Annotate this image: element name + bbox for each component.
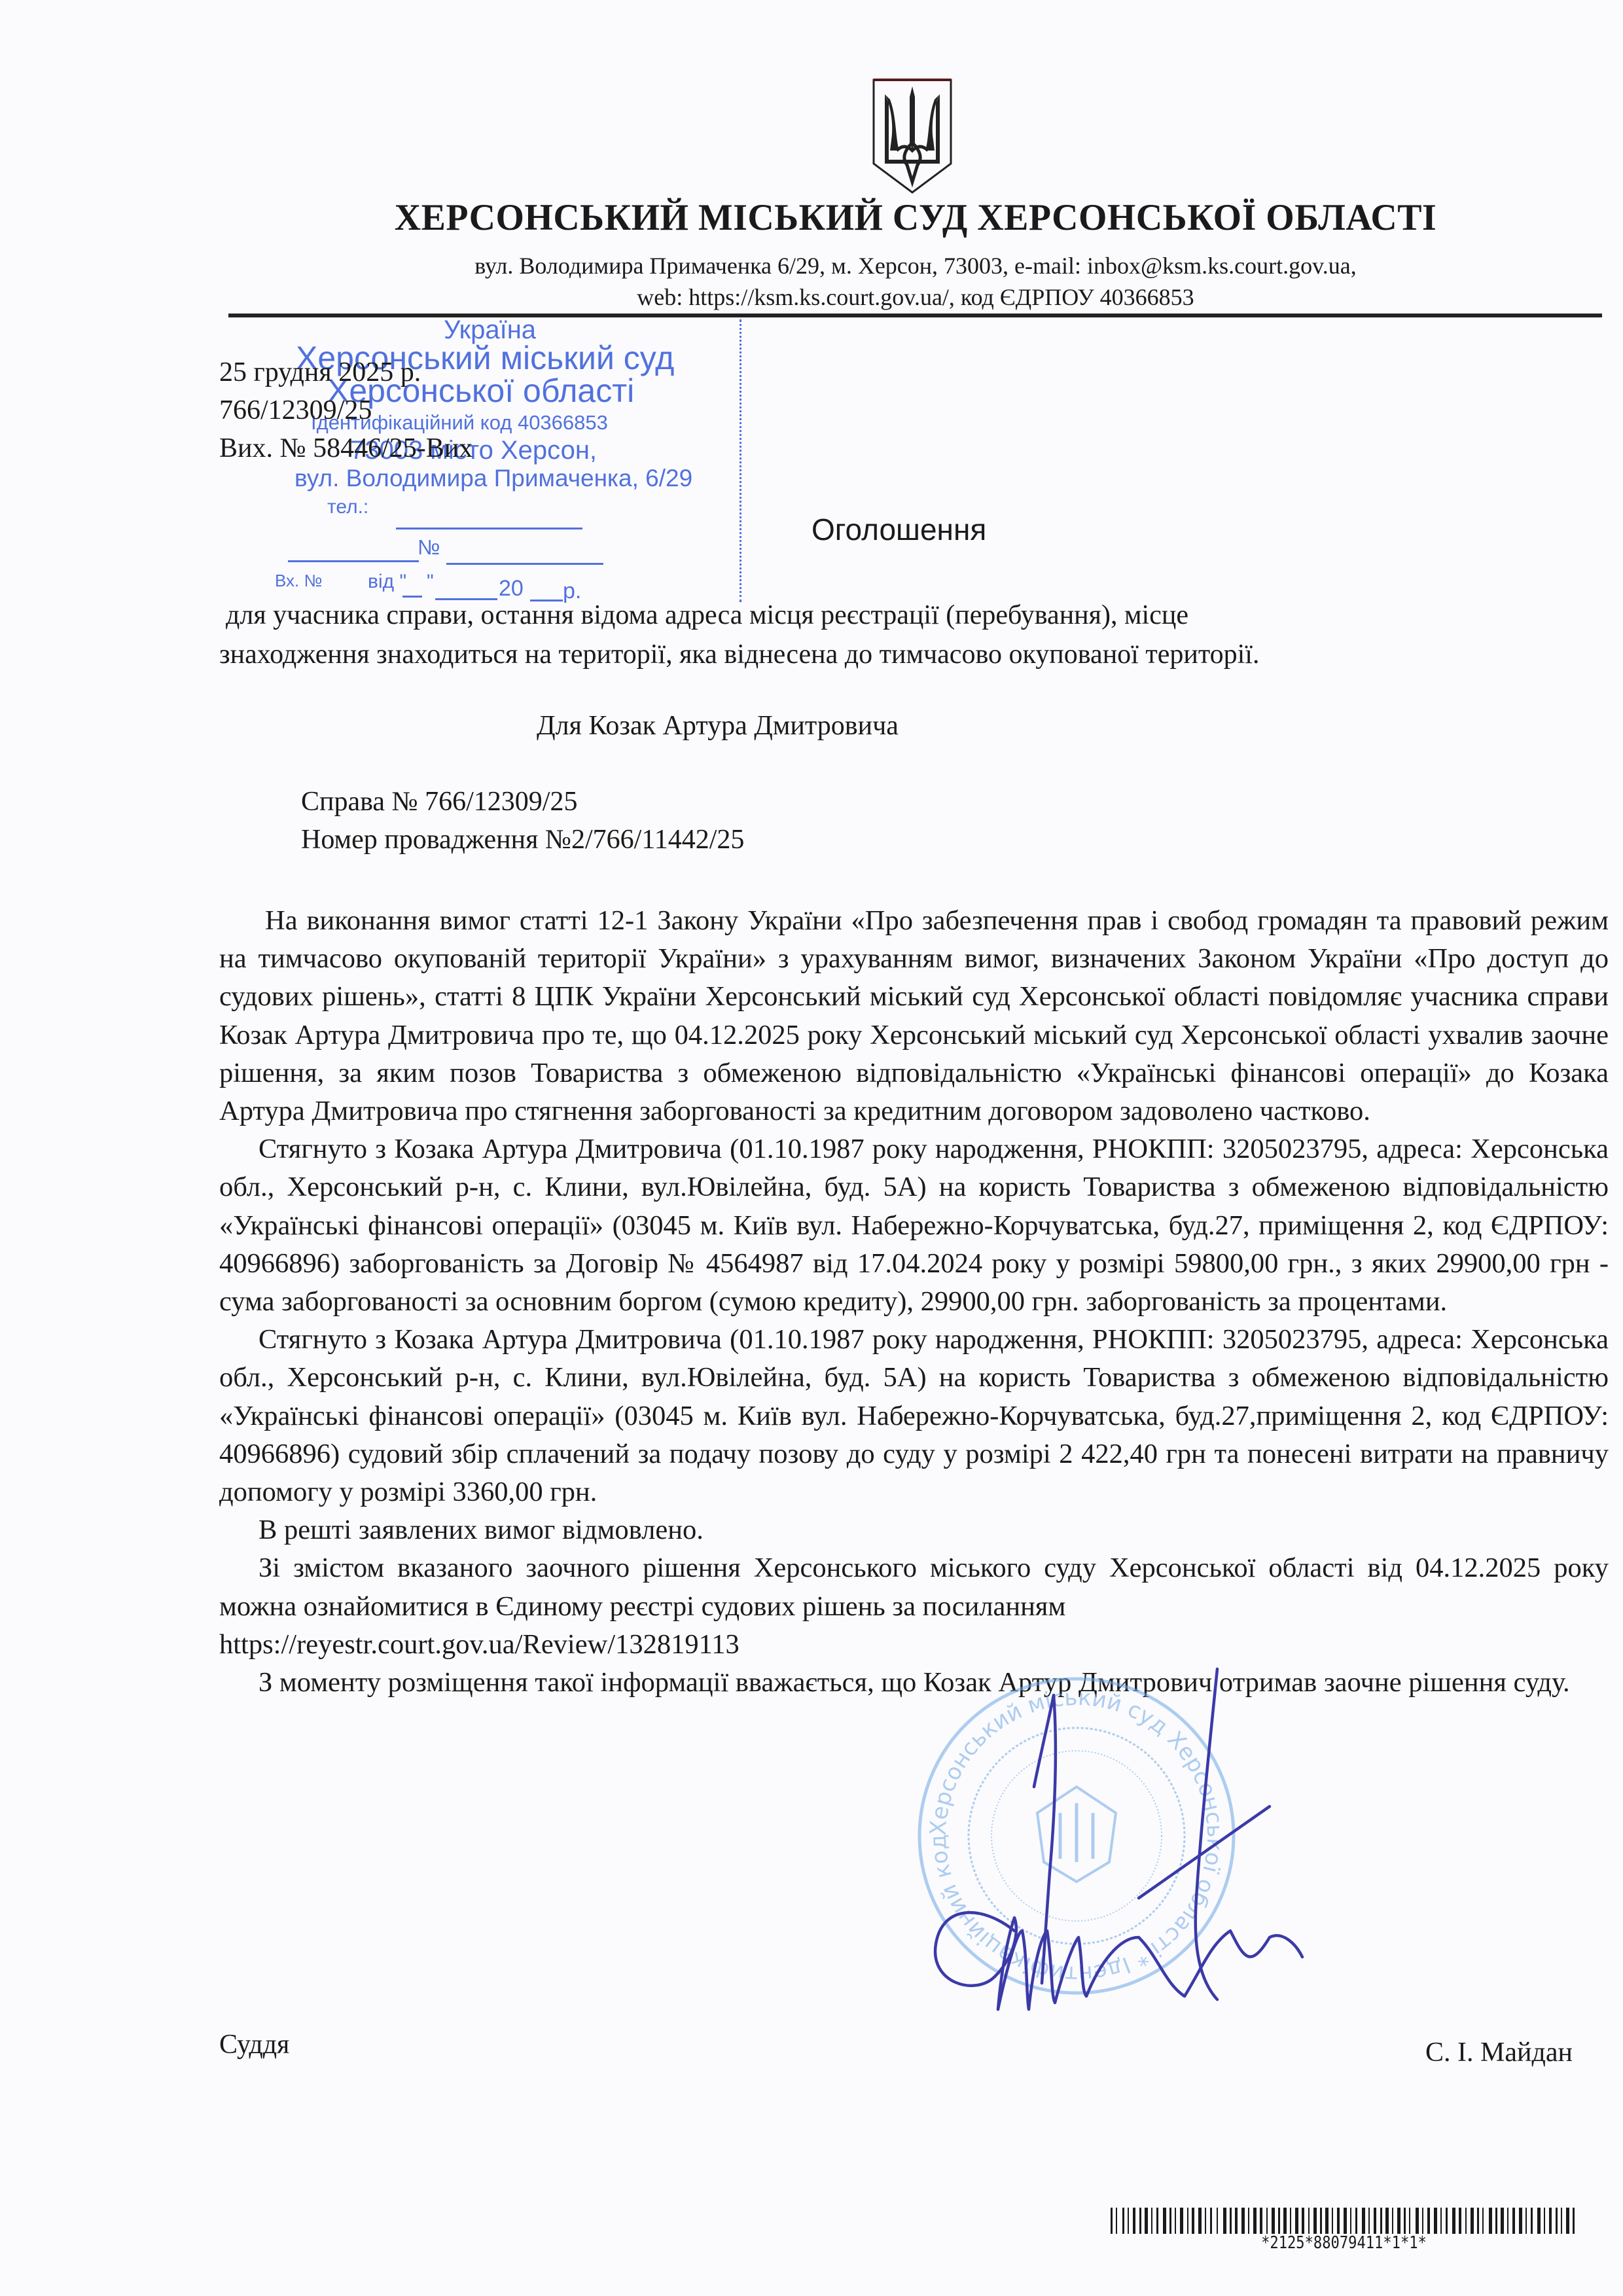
stamp-tel-blank [396, 528, 582, 529]
case-info: Справа № 766/12309/25 Номер провадження … [301, 783, 744, 859]
paragraph-registry-info: Зі змістом вказаного заочного рішення Хе… [219, 1549, 1609, 1625]
stamp-street: вул. Володимира Примаченка, 6/29 [294, 465, 692, 492]
intro-line-1: для учасника справи, остання відома адре… [219, 596, 1610, 635]
judge-name: С. І. Майдан [1425, 2037, 1573, 2068]
announcement-body: На виконання вимог статті 12-1 Закону Ук… [219, 902, 1609, 1702]
paragraph-court-fees: Стягнуто з Козака Артура Дмитровича (01.… [219, 1321, 1609, 1511]
court-web-line: web: https://ksm.ks.court.gov.ua/, код Є… [228, 281, 1603, 313]
barcode-icon [1111, 2208, 1577, 2234]
intro-text: для учасника справи, остання відома адре… [219, 596, 1610, 674]
outgoing-date: 25 грудня 2025 р. [219, 353, 473, 391]
outgoing-case-ref: 766/12309/25 [219, 391, 473, 429]
paragraph-remaining-dismissed: В решті заявлених вимог відмовлено. [219, 1511, 1609, 1549]
judge-label: Суддя [219, 2029, 289, 2060]
court-name: ХЕРСОНСЬКИЙ МІСЬКИЙ СУД ХЕРСОНСЬКОЇ ОБЛА… [242, 196, 1589, 239]
barcode-number: *2125*88079411*1*1* [1145, 2233, 1542, 2253]
paragraph-debt-recovery: Стягнуто з Козака Артура Дмитровича (01.… [219, 1130, 1609, 1321]
header-divider [228, 314, 1602, 317]
court-address-line: вул. Володимира Примаченка 6/29, м. Херс… [228, 250, 1603, 281]
stamp-blank-left [288, 560, 419, 562]
outgoing-reference: 25 грудня 2025 р. 766/12309/25 Вих. № 58… [219, 353, 473, 467]
stamp-in-no-label: Вх. № [275, 571, 322, 591]
stamp-no-blank [446, 563, 603, 565]
outgoing-number: Вих. № 58446/25-Вих [219, 429, 473, 467]
court-contacts: вул. Володимира Примаченка 6/29, м. Херс… [228, 250, 1603, 313]
document-title: Оголошення [811, 512, 986, 547]
addressee: Для Козак Артура Дмитровича [537, 710, 899, 742]
stamp-tel-label: тел.: [327, 496, 368, 518]
proceeding-number: Номер провадження №2/766/11442/25 [301, 821, 744, 859]
stamp-no-label: № [418, 535, 440, 560]
paragraph-notice: На виконання вимог статті 12-1 Закону Ук… [219, 902, 1609, 1130]
intro-line-2: знаходження знаходиться на території, як… [219, 635, 1610, 674]
case-number: Справа № 766/12309/25 [301, 783, 744, 821]
judge-signature [903, 1656, 1309, 2022]
tryzub-coat-of-arms-icon [870, 77, 954, 195]
stamp-from-label: від " [368, 571, 406, 593]
stamp-quote-close: " [427, 571, 434, 593]
